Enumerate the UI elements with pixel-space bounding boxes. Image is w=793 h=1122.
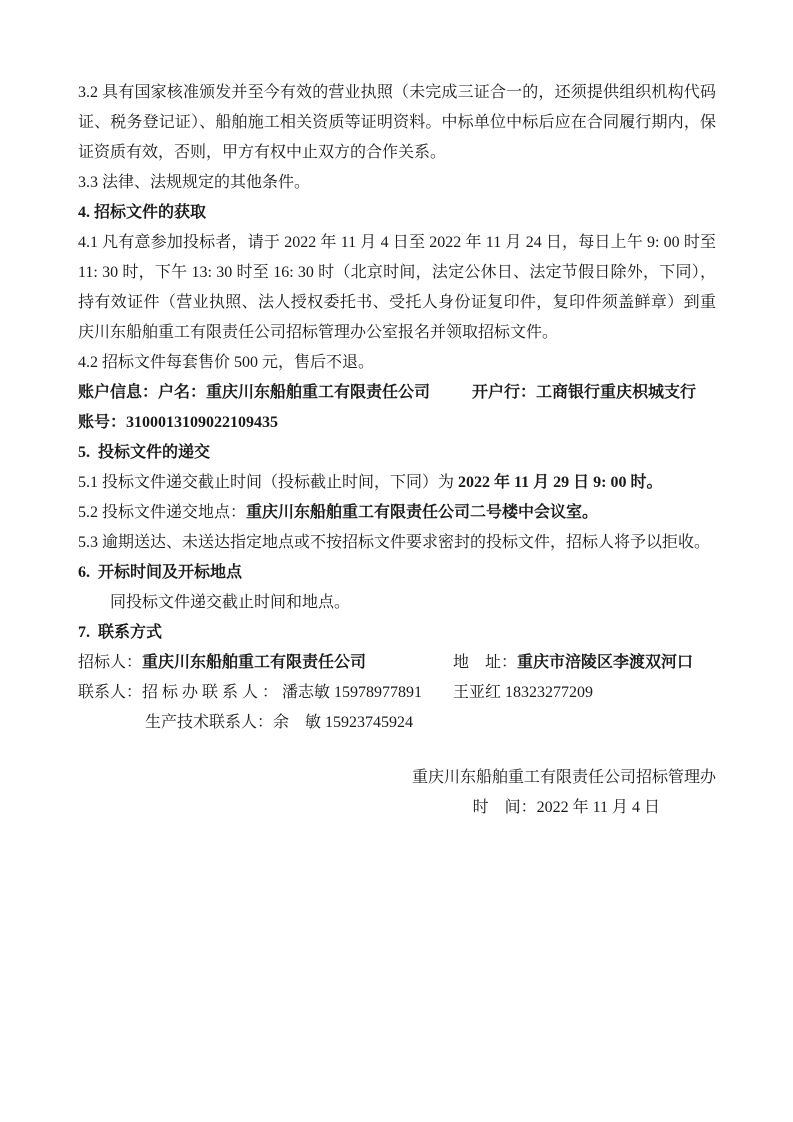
clause-4-2: 4.2 招标文件每套售价 500 元，售后不退。 xyxy=(78,348,716,378)
section-5-heading: 5. 投标文件的递交 xyxy=(78,438,716,468)
tenderer-label: 招标人： xyxy=(78,654,142,671)
section-6-heading: 6. 开标时间及开标地点 xyxy=(78,558,716,588)
submission-place-label: 5.2 投标文件递交地点： xyxy=(78,504,246,521)
contact-2-cell: 王亚红 18323277209 xyxy=(453,678,593,708)
signature-block: 重庆川东船舶重工有限责任公司招标管理办 时 间：2022 年 11 月 4 日 xyxy=(78,763,716,823)
tenderer-cell: 招标人：重庆川东船舶重工有限责任公司 xyxy=(78,648,453,678)
contact-1-name: 潘志敏 xyxy=(282,684,330,701)
clause-3-2: 3.2 具有国家核准颁发并至今有效的营业执照（未完成三证合一的，还须提供组织机构… xyxy=(78,78,716,168)
signature-date-value: 2022 年 11 月 4 日 xyxy=(537,799,660,816)
tech-contact-row: 生产技术联系人：余 敏 15923745924 xyxy=(78,708,716,738)
address-label: 地 址： xyxy=(453,654,517,671)
tenderer-name: 重庆川东船舶重工有限责任公司 xyxy=(142,654,366,671)
account-info-line: 账户信息：户名：重庆川东船舶重工有限责任公司开户行：工商银行重庆枳城支行 xyxy=(78,378,716,408)
signature-date-label: 时 间： xyxy=(473,799,537,816)
account-number-line: 账号：3100013109022109435 xyxy=(78,408,716,438)
address-value: 重庆市涪陵区李渡双河口 xyxy=(517,654,693,671)
contacts-row: 联系人：招标办联系人：潘志敏 15978977891 王亚红 183232772… xyxy=(78,678,716,708)
tech-contact-cell: 生产技术联系人：余 敏 15923745924 xyxy=(145,708,413,738)
bank-group: 开户行：工商银行重庆枳城支行 xyxy=(472,384,696,401)
section-4-heading: 4. 招标文件的获取 xyxy=(78,198,716,228)
clause-5-1: 5.1 投标文件递交截止时间（投标截止时间，下同）为 2022 年 11 月 2… xyxy=(78,468,716,498)
section-7-heading: 7. 联系方式 xyxy=(78,618,716,648)
deadline-value: 2022 年 11 月 29 日 9: 00 时。 xyxy=(458,474,662,491)
clause-3-3: 3.3 法律、法规规定的其他条件。 xyxy=(78,168,716,198)
signature-org: 重庆川东船舶重工有限责任公司招标管理办 xyxy=(78,763,716,793)
address-cell: 地 址：重庆市涪陵区李渡双河口 xyxy=(453,648,693,678)
account-holder-name: 重庆川东船舶重工有限责任公司 xyxy=(206,384,430,401)
clause-4-1: 4.1 凡有意参加投标者，请于 2022 年 11 月 4 日至 2022 年 … xyxy=(78,228,716,348)
section-6-body: 同投标文件递交截止时间和地点。 xyxy=(78,588,716,618)
contact-3-phone: 15923745924 xyxy=(325,714,413,731)
contact-2-name: 王亚红 xyxy=(453,684,501,701)
signature-date-line: 时 间：2022 年 11 月 4 日 xyxy=(78,793,716,823)
tech-contact-label: 生产技术联系人： xyxy=(145,714,273,731)
account-number-label: 账号： xyxy=(78,414,126,431)
office-contact-label: 招标办联系人： xyxy=(142,684,282,701)
submission-place-value: 重庆川东船舶重工有限责任公司二号楼中会议室。 xyxy=(246,504,598,521)
contact-1-phone: 15978977891 xyxy=(334,684,422,701)
bank-name: 工商银行重庆枳城支行 xyxy=(536,384,696,401)
bank-label: 开户行： xyxy=(472,384,536,401)
account-holder-label: 账户信息：户名： xyxy=(78,384,206,401)
office-contact-cell: 联系人：招标办联系人：潘志敏 15978977891 xyxy=(78,678,453,708)
deadline-label: 5.1 投标文件递交截止时间（投标截止时间，下同）为 xyxy=(78,474,458,491)
account-number: 3100013109022109435 xyxy=(126,414,278,431)
contact-3-name: 余 敏 xyxy=(273,714,321,731)
contact-2-phone: 18323277209 xyxy=(505,684,593,701)
document-page: 3.2 具有国家核准颁发并至今有效的营业执照（未完成三证合一的，还须提供组织机构… xyxy=(0,0,793,1122)
clause-5-2: 5.2 投标文件递交地点：重庆川东船舶重工有限责任公司二号楼中会议室。 xyxy=(78,498,716,528)
clause-5-3: 5.3 逾期送达、未送达指定地点或不按招标文件要求密封的投标文件，招标人将予以拒… xyxy=(78,528,716,558)
contact-label: 联系人： xyxy=(78,684,142,701)
tenderer-row: 招标人：重庆川东船舶重工有限责任公司 地 址：重庆市涪陵区李渡双河口 xyxy=(78,648,716,678)
